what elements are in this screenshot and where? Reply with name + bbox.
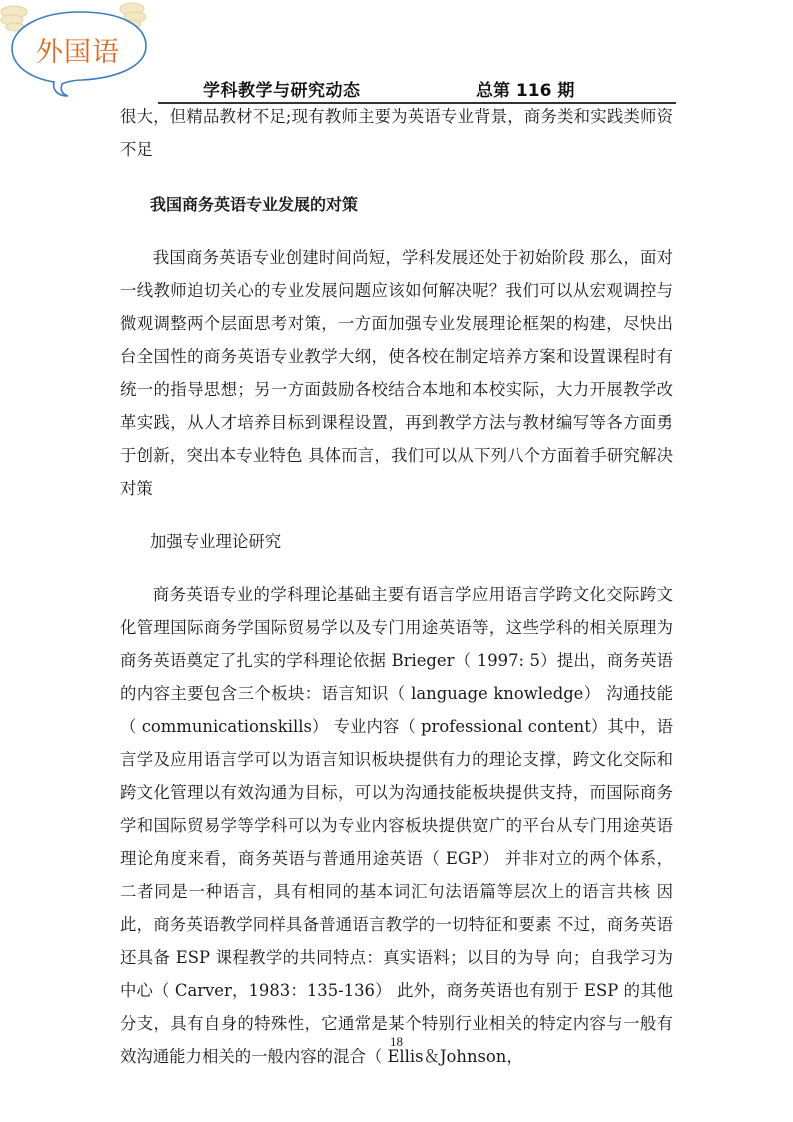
logo-text: 外国语 xyxy=(28,30,128,69)
article-body: 很大，但精品教材不足;现有教师主要为英语专业背景，商务类和实践类师资不足 我国商… xyxy=(120,100,673,1073)
page-number: 18 xyxy=(0,1034,793,1050)
paragraph-theory: 商务英语专业的学科理论基础主要有语言学应用语言学跨文化交际跨文化管理国际商务学国… xyxy=(120,578,673,1073)
continued-paragraph: 很大，但精品教材不足;现有教师主要为英语专业背景，商务类和实践类师资不足 xyxy=(120,100,673,166)
paragraph-strategies: 我国商务英语专业创建时间尚短，学科发展还处于初始阶段 那么，面对一线教师迫切关心… xyxy=(120,241,673,505)
subsection-heading: 加强专业理论研究 xyxy=(120,525,673,558)
journal-section-title: 学科教学与研究动态 xyxy=(203,76,361,101)
journal-logo: 外国语 xyxy=(0,0,160,100)
section-heading: 我国商务英语专业发展的对策 xyxy=(120,188,673,221)
issue-number: 总第 116 期 xyxy=(476,76,574,101)
